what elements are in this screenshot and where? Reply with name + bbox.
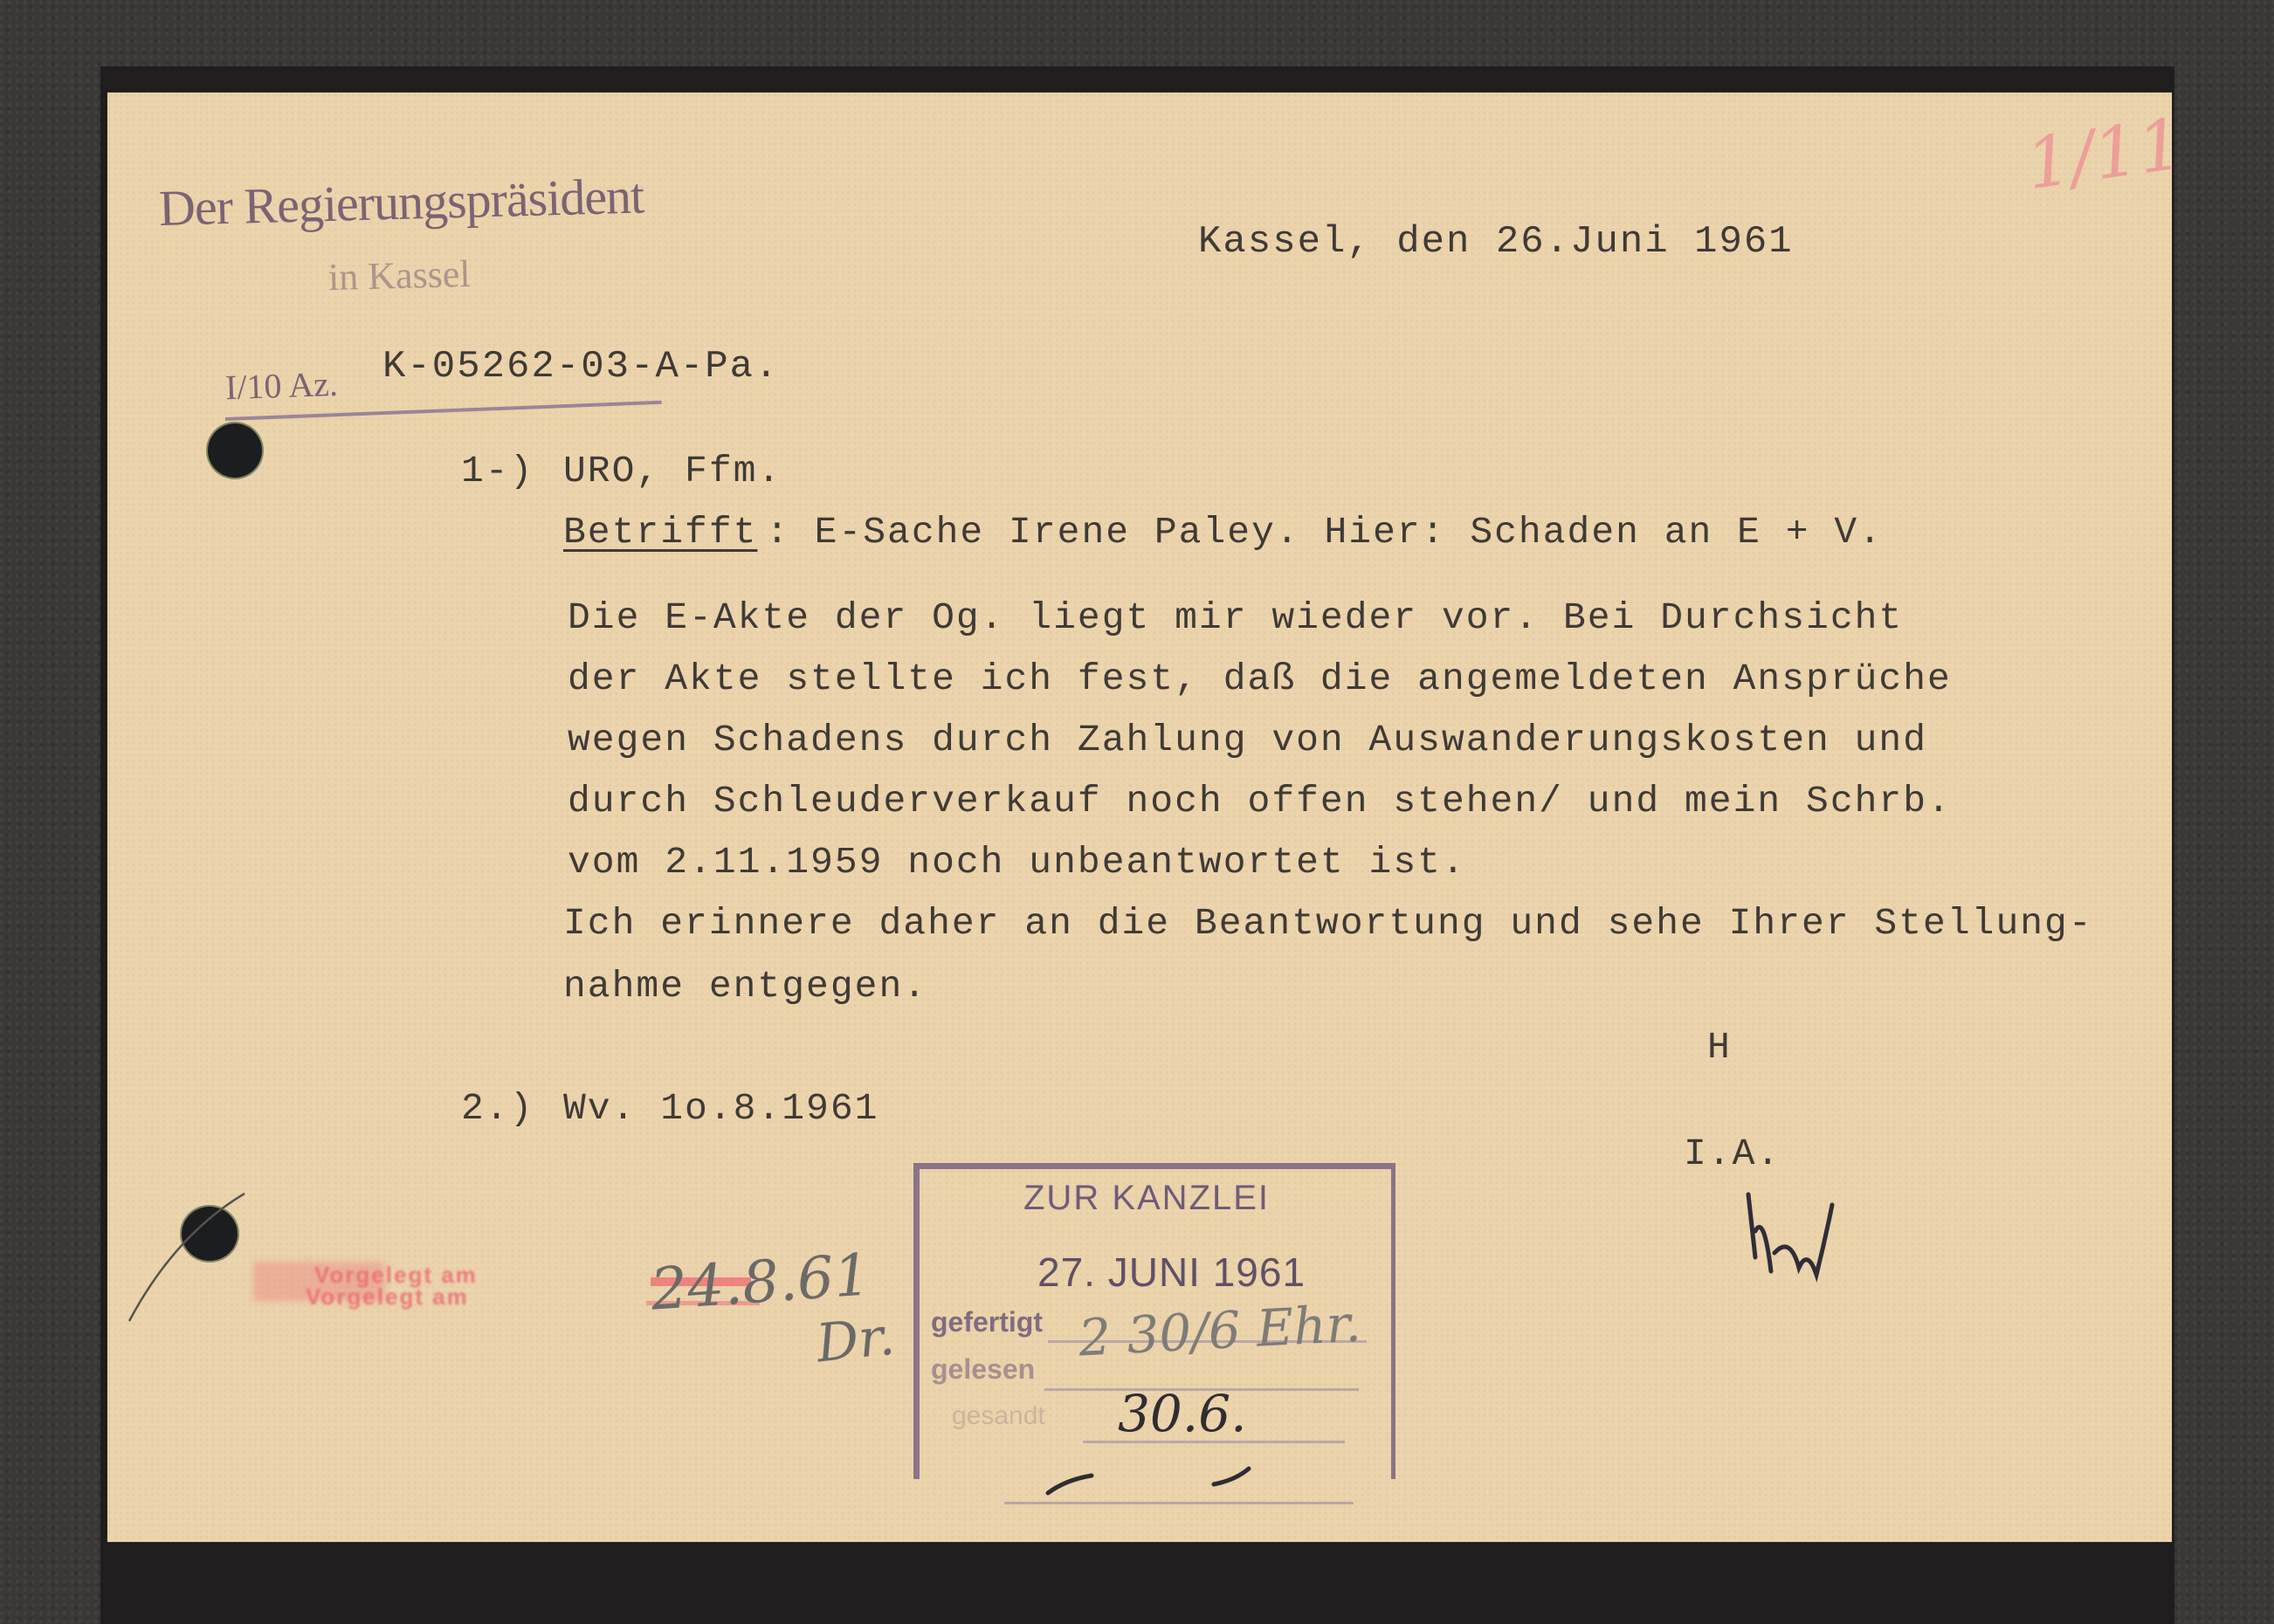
item1-marker: 1-) — [461, 450, 534, 492]
kanzlei-label-gelesen: gelesen — [931, 1353, 1035, 1386]
ia-label: I.A. — [1684, 1132, 1781, 1175]
body-line: vom 2.11.1959 noch unbeantwortet ist. — [568, 841, 1466, 884]
kanzlei-stamp-date: 27. JUNI 1961 — [1037, 1249, 1306, 1296]
reference-label: I/10 Az. — [224, 363, 338, 408]
pen-dash-marks — [1039, 1458, 1301, 1502]
body-line: Ich erinnere daher an die Beantwortung u… — [563, 902, 2093, 945]
body-line: Die E-Akte der Og. liegt mir wieder vor.… — [568, 596, 1903, 639]
body-line: wegen Schadens durch Zahlung von Auswand… — [568, 719, 1927, 761]
kanzlei-value-gesandt: 30.6. — [1118, 1384, 1247, 1443]
hole-punch-top — [208, 423, 262, 478]
kanzlei-label-gesandt: gesandt — [952, 1401, 1045, 1431]
pencil-stroke — [122, 1183, 253, 1327]
sender-stamp-line2: in Kassel — [327, 251, 471, 299]
signature — [1738, 1187, 1843, 1283]
place-date: Kassel, den 26.Juni 1961 — [1198, 220, 1794, 264]
body-line: durch Schleuderverkauf noch offen stehen… — [568, 780, 1952, 822]
bottom-rule — [1004, 1502, 1354, 1504]
body-line: der Akte stellte ich fest, daß die angem… — [568, 657, 1952, 700]
handwritten-initials: Dr. — [814, 1306, 898, 1375]
item1-recipient: URO, Ffm. — [563, 450, 782, 492]
reference-number: K-05262-03-A-Pa. — [382, 345, 779, 389]
typed-initial: H — [1707, 1026, 1732, 1069]
kanzlei-label-gefertigt: gefertigt — [931, 1306, 1043, 1338]
subject-text: : E-Sache Irene Paley. Hier: Schaden an … — [766, 511, 1883, 554]
kanzlei-stamp-title: ZUR KANZLEI — [1023, 1179, 1270, 1218]
item2-marker: 2.) — [461, 1087, 534, 1130]
body-line: nahme entgegen. — [563, 965, 927, 1008]
item2-text: Wv. 1o.8.1961 — [563, 1087, 879, 1130]
subject-label: Betrifft — [563, 511, 757, 554]
red-stamp-smudge — [253, 1262, 384, 1301]
